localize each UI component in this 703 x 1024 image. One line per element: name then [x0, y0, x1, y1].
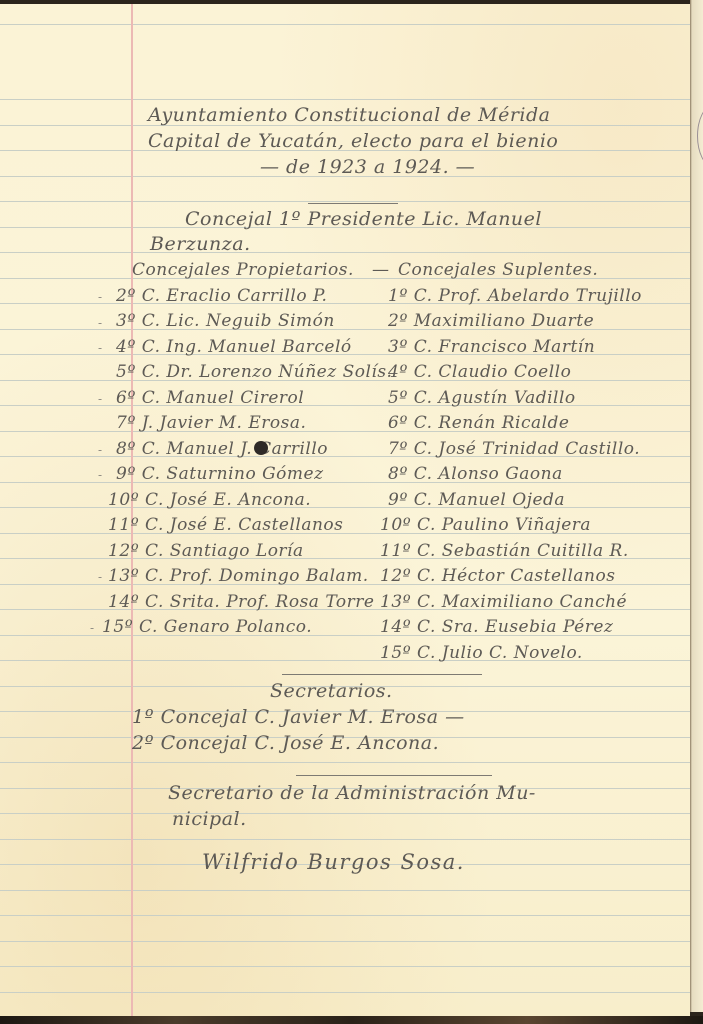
book-edge — [0, 1016, 703, 1024]
signature: Wilfrido Burgos Sosa. — [202, 850, 465, 874]
suplente-row: 2º Maximiliano Duarte — [388, 311, 594, 331]
rule-line — [0, 24, 690, 25]
suplente-row: 6º C. Renán Ricalde — [388, 413, 570, 433]
notebook-page: Ayuntamiento Constitucional de Mérida Ca… — [0, 4, 690, 1016]
propietario-row: 13º C. Prof. Domingo Balam. — [108, 566, 369, 586]
heading-line-2: Capital de Yucatán, electo para el bieni… — [148, 130, 558, 152]
section-divider — [296, 775, 492, 776]
heading-line-1: Ayuntamiento Constitucional de Mérida — [148, 104, 551, 126]
rule-line — [0, 992, 690, 993]
margin-tick: - — [98, 290, 102, 304]
rule-line — [0, 507, 690, 508]
rule-line — [0, 839, 690, 840]
margin-tick: - — [98, 468, 102, 482]
propietario-row: 12º C. Santiago Loría — [108, 541, 304, 561]
suplente-row: 4º C. Claudio Coello — [388, 362, 571, 382]
admin-line-2: nicipal. — [172, 808, 247, 830]
suplente-row: 13º C. Maximiliano Canché — [380, 592, 627, 612]
ink-blot — [254, 441, 268, 455]
divider-underline — [308, 203, 398, 204]
margin-tick: - — [98, 316, 102, 330]
suplente-row: 15º C. Julio C. Novelo. — [380, 643, 583, 663]
suplente-row: 3º C. Francisco Martín — [388, 337, 595, 357]
margin-tick: - — [98, 341, 102, 355]
propietario-row: 4º C. Ing. Manuel Barceló — [116, 337, 352, 357]
rule-line — [0, 660, 690, 661]
president-line-2: Berzunza. — [150, 233, 251, 255]
rule-line — [0, 762, 690, 763]
propietario-row: 8º C. Manuel J. Carrillo — [116, 439, 328, 459]
margin-tick: - — [98, 392, 102, 406]
rule-line — [0, 252, 690, 253]
rule-line — [0, 482, 690, 483]
suplente-row: 11º C. Sebastián Cuitilla R. — [380, 541, 629, 561]
rule-line — [0, 99, 690, 100]
margin-tick: - — [98, 570, 102, 584]
secretario-row: 1º Concejal C. Javier M. Erosa — — [132, 706, 465, 728]
president-line-1: Concejal 1º Presidente Lic. Manuel — [185, 208, 542, 230]
suplente-row: 8º C. Alonso Gaona — [388, 464, 563, 484]
rule-line — [0, 941, 690, 942]
suplente-row: 12º C. Héctor Castellanos — [380, 566, 615, 586]
propietario-row: 3º C. Lic. Neguib Simón — [116, 311, 335, 331]
propietario-row: 11º C. José E. Castellanos — [108, 515, 343, 535]
propietario-row: 14º C. Srita. Prof. Rosa Torre — [108, 592, 374, 612]
propietario-row: 5º C. Dr. Lorenzo Núñez Solís. — [116, 362, 392, 382]
suplente-row: 5º C. Agustín Vadillo — [388, 388, 576, 408]
margin-line — [131, 4, 133, 1016]
suplente-row: 14º C. Sra. Eusebia Pérez — [380, 617, 613, 637]
propietario-row: 10º C. José E. Ancona. — [108, 490, 311, 510]
margin-tick: - — [90, 621, 94, 635]
margin-tick: - — [98, 443, 102, 457]
propietario-row: 7º J. Javier M. Erosa. — [116, 413, 306, 433]
suplente-row: 9º C. Manuel Ojeda — [388, 490, 565, 510]
propietario-row: 2º C. Eraclio Carrillo P. — [116, 286, 327, 306]
rule-line — [0, 813, 690, 814]
propietario-row: 15º C. Genaro Polanco. — [102, 617, 312, 637]
propietarios-header: Concejales Propietarios. — [132, 260, 354, 280]
suplente-row: 1º C. Prof. Abelardo Trujillo — [388, 286, 642, 306]
rule-line — [0, 890, 690, 891]
rule-line — [0, 915, 690, 916]
column-separator: — — [372, 260, 390, 280]
propietario-row: 9º C. Saturnino Gómez — [116, 464, 324, 484]
rule-line — [0, 966, 690, 967]
heading-line-3: — de 1923 a 1924. — — [260, 156, 475, 178]
section-divider — [282, 674, 482, 675]
suplente-row: 7º C. José Trinidad Castillo. — [388, 439, 640, 459]
rule-line — [0, 201, 690, 202]
propietario-row: 6º C. Manuel Cirerol — [116, 388, 304, 408]
suplentes-header: Concejales Suplentes. — [398, 260, 598, 280]
secretario-row: 2º Concejal C. José E. Ancona. — [132, 732, 439, 754]
secretarios-title: Secretarios. — [270, 680, 393, 702]
suplente-row: 10º C. Paulino Viñajera — [380, 515, 591, 535]
rule-line — [0, 405, 690, 406]
rule-line — [0, 431, 690, 432]
admin-line-1: Secretario de la Administración Mu- — [168, 782, 536, 804]
